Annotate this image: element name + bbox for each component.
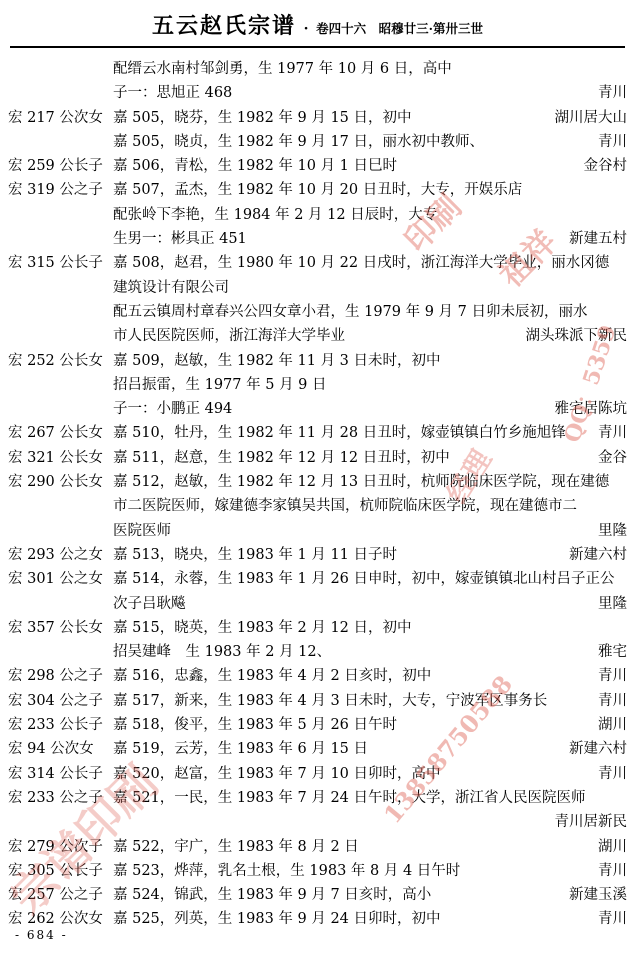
records-list: 配缙云水南村邹剑勇，生 1977 年 10 月 6 日，高中子一：思旭正 468…: [0, 48, 635, 932]
record-text: 子一：思旭正 468: [113, 81, 592, 105]
record-row: 配张岭下李艳，生 1984 年 2 月 12 日辰时，大专: [8, 203, 627, 227]
place-name: 青川: [592, 859, 627, 883]
record-row: 招吕振雷，生 1977 年 5 月 9 日: [8, 373, 627, 397]
place-name: 青川: [592, 664, 627, 688]
record-row: 宏 252 公长女嘉 509，赵敏，生 1982 年 11 月 3 日未时，初中: [8, 349, 627, 373]
record-text: 嘉 519，云芳，生 1983 年 6 月 15 日: [113, 737, 563, 761]
record-text: 嘉 506，青松，生 1982 年 10 月 1 日巳时: [113, 154, 578, 178]
record-text: 嘉 521，一民，生 1983 年 7 月 24 日午时，大学，浙江省人民医院医…: [113, 786, 621, 810]
record-row: 宏 305 公长子嘉 523，烨萍，乳名土根，生 1983 年 8 月 4 日午…: [8, 859, 627, 883]
record-row: 宏 257 公之子嘉 524，锦武，生 1983 年 9 月 7 日亥时，高小新…: [8, 883, 627, 907]
ancestor-label: 宏 319 公之子: [8, 178, 113, 202]
ancestor-label: 宏 301 公之女: [8, 567, 113, 591]
record-text: 医院医师: [113, 519, 592, 543]
record-text: 市二医院医师，嫁建德李家镇吴共国，杭师院临床医学院，现在建德市二: [113, 494, 621, 518]
record-text: 招吕振雷，生 1977 年 5 月 9 日: [113, 373, 621, 397]
ancestor-label: 宏 233 公长子: [8, 713, 113, 737]
place-name: 金谷: [592, 446, 627, 470]
ancestor-label: 宏 304 公之子: [8, 689, 113, 713]
record-row: 宏 357 公长女嘉 515，晓英，生 1983 年 2 月 12 日，初中: [8, 616, 627, 640]
record-text: 嘉 508，赵君，生 1980 年 10 月 22 日戌时，浙江海洋大学毕业，丽…: [113, 251, 621, 275]
record-text: 嘉 511，赵意，生 1982 年 12 月 12 日丑时，初中: [113, 446, 592, 470]
record-row: 市二医院医师，嫁建德李家镇吴共国，杭师院临床医学院，现在建德市二: [8, 494, 627, 518]
ancestor-label: 宏 314 公长子: [8, 762, 113, 786]
record-row: 次子吕耿飚里隆: [8, 592, 627, 616]
ancestor-label: 宏 259 公长子: [8, 154, 113, 178]
record-text: 嘉 505，晓贞，生 1982 年 9 月 17 日，丽水初中教师、: [113, 130, 592, 154]
ancestor-label: 宏 305 公长子: [8, 859, 113, 883]
place-name: 金谷村: [578, 154, 628, 178]
page-number: - 684 -: [15, 928, 68, 942]
record-row: 宏 301 公之女嘉 514，永蓉，生 1983 年 1 月 26 日申时，初中…: [8, 567, 627, 591]
record-text: 嘉 509，赵敏，生 1982 年 11 月 3 日未时，初中: [113, 349, 621, 373]
record-row: 生男一：彬具正 451新建五村: [8, 227, 627, 251]
record-text: 嘉 513，晓央，生 1983 年 1 月 11 日子时: [113, 543, 563, 567]
record-text: 嘉 510，牡丹，生 1982 年 11 月 28 日丑时，嫁壶镇镇白竹乡施旭锋: [113, 421, 592, 445]
ancestor-label: 宏 279 公次子: [8, 835, 113, 859]
record-text: 嘉 518，俊平，生 1983 年 5 月 26 日午时: [113, 713, 592, 737]
ancestor-label: 宏 233 公之子: [8, 786, 113, 810]
record-row: 宏 217 公次女嘉 505，晓芬，生 1982 年 9 月 15 日，初中湖川…: [8, 106, 627, 130]
ancestor-label: 宏 290 公长女: [8, 470, 113, 494]
record-row: 宏 233 公长子嘉 518，俊平，生 1983 年 5 月 26 日午时湖川: [8, 713, 627, 737]
record-row: 宏 94 公次女嘉 519，云芳，生 1983 年 6 月 15 日新建六村: [8, 737, 627, 761]
place-name: 青川居新民: [549, 810, 628, 834]
record-row: 宏 319 公之子嘉 507，孟杰，生 1982 年 10 月 20 日丑时，大…: [8, 178, 627, 202]
ancestor-label: 宏 252 公长女: [8, 349, 113, 373]
record-row: 子一：小鹏正 494雅宅居陈坑: [8, 397, 627, 421]
record-text: 子一：小鹏正 494: [113, 397, 549, 421]
ancestor-label: 宏 257 公之子: [8, 883, 113, 907]
record-text: 嘉 512，赵敏，生 1982 年 12 月 13 日丑时，杭师院临床医学院，现…: [113, 470, 621, 494]
place-name: 新建六村: [563, 543, 627, 567]
record-text: 嘉 507，孟杰，生 1982 年 10 月 20 日丑时，大专，开娱乐店: [113, 178, 621, 202]
record-row: 宏 259 公长子嘉 506，青松，生 1982 年 10 月 1 日巳时金谷村: [8, 154, 627, 178]
record-text: 招吴建峰 生 1983 年 2 月 12、: [113, 640, 592, 664]
ancestor-label: 宏 267 公长女: [8, 421, 113, 445]
ancestor-label: 宏 293 公之女: [8, 543, 113, 567]
record-row: 宏 321 公长女嘉 511，赵意，生 1982 年 12 月 12 日丑时，初…: [8, 446, 627, 470]
record-row: 宏 314 公长子嘉 520，赵富，生 1983 年 7 月 10 日卯时，高中…: [8, 762, 627, 786]
ancestor-label: 宏 94 公次女: [8, 737, 113, 761]
place-name: 湖川: [592, 713, 627, 737]
ancestor-label: 宏 298 公之子: [8, 664, 113, 688]
record-row: 建筑设计有限公司: [8, 276, 627, 300]
record-text: 生男一：彬具正 451: [113, 227, 563, 251]
place-name: 新建六村: [563, 737, 627, 761]
record-text: 嘉 514，永蓉，生 1983 年 1 月 26 日申时，初中，嫁壶镇镇北山村吕…: [113, 567, 621, 591]
record-row: 配五云镇周村章春兴公四女章小君，生 1979 年 9 月 7 日卯未辰初，丽水: [8, 300, 627, 324]
record-text: 嘉 516，忠鑫，生 1983 年 4 月 2 日亥时，初中: [113, 664, 592, 688]
record-text: 嘉 525，列英，生 1983 年 9 月 24 日卯时，初中: [113, 907, 592, 931]
record-row: 宏 262 公次女嘉 525，列英，生 1983 年 9 月 24 日卯时，初中…: [8, 907, 627, 931]
record-text: 嘉 520，赵富，生 1983 年 7 月 10 日卯时，高中: [113, 762, 592, 786]
record-row: 青川居新民: [8, 810, 627, 834]
place-name: 雅宅居陈坑: [549, 397, 628, 421]
title-separator: ·: [302, 21, 311, 37]
record-text: 嘉 517，新来，生 1983 年 4 月 3 日未时，大专，宁波军区事务长: [113, 689, 592, 713]
record-text: 建筑设计有限公司: [113, 276, 621, 300]
record-row: 宏 315 公长子嘉 508，赵君，生 1980 年 10 月 22 日戌时，浙…: [8, 251, 627, 275]
record-text: 市人民医院医师，浙江海洋大学毕业: [113, 324, 520, 348]
record-row: 配缙云水南村邹剑勇，生 1977 年 10 月 6 日，高中: [8, 57, 627, 81]
volume-subtitle: 卷四十六 昭穆廿三·第卅三世: [316, 21, 483, 36]
place-name: 雅宅: [592, 640, 627, 664]
record-text: 嘉 505，晓芬，生 1982 年 9 月 15 日，初中: [113, 106, 549, 130]
place-name: 青川: [592, 689, 627, 713]
record-text: 次子吕耿飚: [113, 592, 592, 616]
record-text: 嘉 523，烨萍，乳名土根，生 1983 年 8 月 4 日午时: [113, 859, 592, 883]
place-name: 青川: [592, 421, 627, 445]
record-row: 宏 298 公之子嘉 516，忠鑫，生 1983 年 4 月 2 日亥时，初中青…: [8, 664, 627, 688]
ancestor-label: 宏 217 公次女: [8, 106, 113, 130]
place-name: 青川: [592, 762, 627, 786]
book-title: 五云赵氏宗谱: [152, 13, 296, 39]
record-row: 宏 304 公之子嘉 517，新来，生 1983 年 4 月 3 日未时，大专，…: [8, 689, 627, 713]
place-name: 青川: [592, 907, 627, 931]
place-name: 青川: [592, 81, 627, 105]
ancestor-label: 宏 357 公长女: [8, 616, 113, 640]
record-row: 宏 233 公之子嘉 521，一民，生 1983 年 7 月 24 日午时，大学…: [8, 786, 627, 810]
record-text: 嘉 522，宇广，生 1983 年 8 月 2 日: [113, 835, 592, 859]
record-text: 配缙云水南村邹剑勇，生 1977 年 10 月 6 日，高中: [113, 57, 621, 81]
record-row: 嘉 505，晓贞，生 1982 年 9 月 17 日，丽水初中教师、青川: [8, 130, 627, 154]
record-row: 子一：思旭正 468青川: [8, 81, 627, 105]
place-name: 湖头珠派下新民: [520, 324, 628, 348]
record-text: 嘉 524，锦武，生 1983 年 9 月 7 日亥时，高小: [113, 883, 563, 907]
record-row: 宏 279 公次子嘉 522，宇广，生 1983 年 8 月 2 日湖川: [8, 835, 627, 859]
place-name: 新建玉溪: [563, 883, 627, 907]
record-text: 嘉 515，晓英，生 1983 年 2 月 12 日，初中: [113, 616, 621, 640]
record-row: 市人民医院医师，浙江海洋大学毕业湖头珠派下新民: [8, 324, 627, 348]
ancestor-label: 宏 321 公长女: [8, 446, 113, 470]
genealogy-page: 五云赵氏宗谱 · 卷四十六 昭穆廿三·第卅三世 配缙云水南村邹剑勇，生 1977…: [0, 0, 635, 968]
place-name: 青川: [592, 130, 627, 154]
record-text: 配五云镇周村章春兴公四女章小君，生 1979 年 9 月 7 日卯未辰初，丽水: [113, 300, 621, 324]
record-text: 配张岭下李艳，生 1984 年 2 月 12 日辰时，大专: [113, 203, 621, 227]
place-name: 里隆: [592, 592, 627, 616]
record-row: 医院医师里隆: [8, 519, 627, 543]
record-row: 宏 293 公之女嘉 513，晓央，生 1983 年 1 月 11 日子时新建六…: [8, 543, 627, 567]
record-row: 招吴建峰 生 1983 年 2 月 12、雅宅: [8, 640, 627, 664]
place-name: 湖川: [592, 835, 627, 859]
record-row: 宏 290 公长女嘉 512，赵敏，生 1982 年 12 月 13 日丑时，杭…: [8, 470, 627, 494]
place-name: 新建五村: [563, 227, 627, 251]
ancestor-label: 宏 315 公长子: [8, 251, 113, 275]
page-header: 五云赵氏宗谱 · 卷四十六 昭穆廿三·第卅三世: [0, 0, 635, 40]
record-row: 宏 267 公长女嘉 510，牡丹，生 1982 年 11 月 28 日丑时，嫁…: [8, 421, 627, 445]
place-name: 里隆: [592, 519, 627, 543]
place-name: 湖川居大山: [549, 106, 628, 130]
